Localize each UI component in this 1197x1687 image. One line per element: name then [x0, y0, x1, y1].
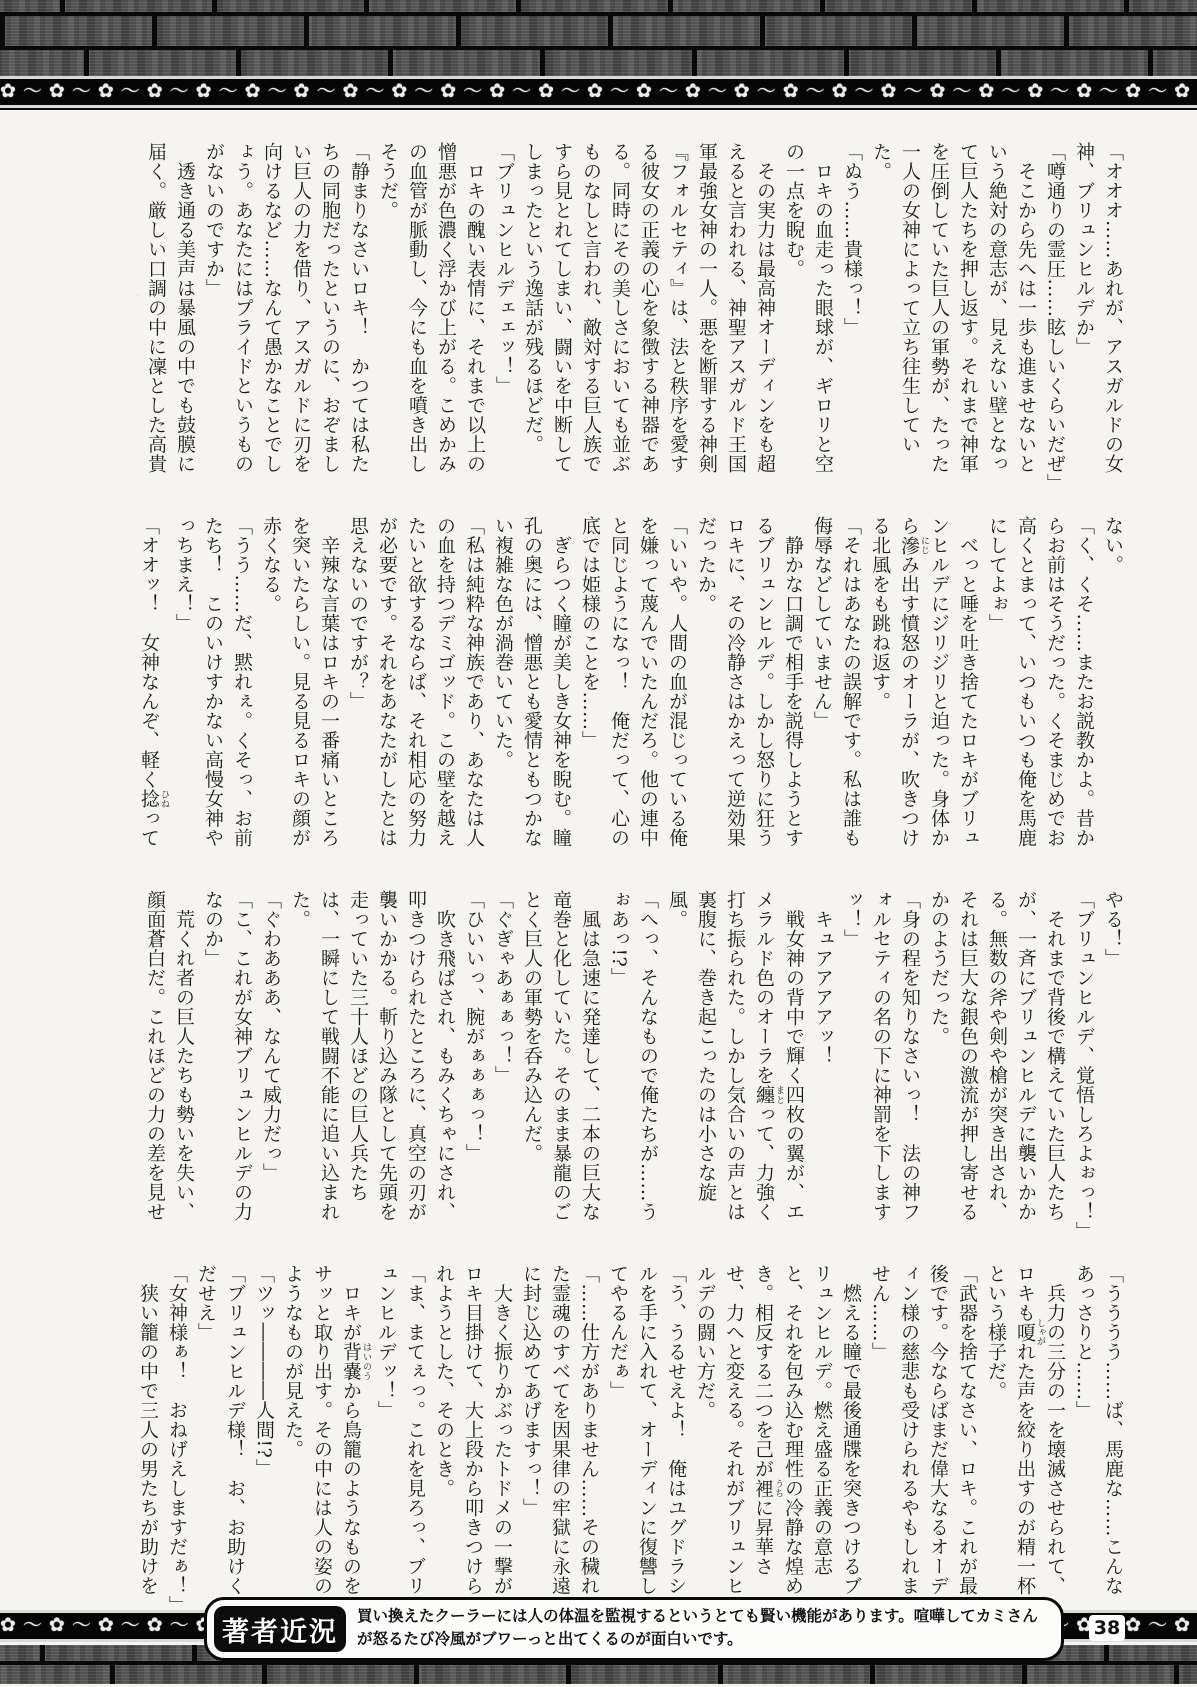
paragraph: 透き通る美声は暴風の中でも鼓膜に届く。厳しい口調の中に凜とした高貴さが、聞く者の… — [137, 142, 199, 490]
paragraph: 「静まりなさいロキ！ かつては私たちの同胞だったというのに、おぞましい巨人の力を… — [199, 142, 373, 490]
paragraph: 吹き飛ばされ、もみくちゃにされ、叩きつけられたところに、真空の刃が襲いかかる。斬… — [285, 890, 459, 1238]
ruby-annotation: 嗄しゃが — [1014, 1323, 1036, 1343]
paragraph: キュアアアアッ！ — [808, 890, 837, 1238]
ruby-annotation: 纏まと — [753, 1085, 775, 1105]
paragraph: ない。 — [1098, 516, 1127, 864]
paragraph: ロキの血走った眼球が、ギロリと空の一点を睨む。 — [779, 142, 837, 490]
paragraph: 「こ、これが女神ブリュンヒルデの力なのか」 — [198, 890, 256, 1238]
paragraph: 「うう……だ、黙れぇ。くそっ、お前たち！ このいけすかない高慢女神やっちまえ！」 — [169, 516, 256, 864]
text-band-4: 「うううう……ば、馬鹿な……こんなあっさりと……」 兵力の三分の一を壊滅させられ… — [137, 1264, 1127, 1612]
top-ornament-border: ✿〜✿〜✿〜✿〜✿〜✿〜✿〜✿〜✿〜✿〜✿〜✿〜✿〜✿〜✿〜✿〜✿〜✿〜✿〜✿〜… — [0, 76, 1197, 108]
paragraph: 「噂通りの霊圧……眩しいくらいだぜ」 — [1040, 142, 1069, 490]
paragraph: 「ブリュンヒルデ様！ お、お助けくだせえ」 — [191, 1264, 249, 1612]
paragraph: 「オオオ……あれが、アスガルドの女神、ブリュンヒルデか」 — [1069, 142, 1127, 490]
novel-page: ✿〜✿〜✿〜✿〜✿〜✿〜✿〜✿〜✿〜✿〜✿〜✿〜✿〜✿〜✿〜✿〜✿〜✿〜✿〜✿〜… — [0, 0, 1197, 1687]
paragraph: 「う、うるせえよ！ 俺はユグドラシルを手に入れて、オーディンに復讐してやるんだぁ… — [603, 1264, 690, 1612]
paragraph: 「ツッ――――人間!?」 — [249, 1264, 278, 1612]
text-band-2: ない。「く、くそ……またお説教かよ。昔からお前はそうだった。くそまじめでお高くと… — [137, 516, 1127, 864]
paragraph: 「それはあなたの誤解です。私は誰も侮辱などしていません」 — [807, 516, 865, 864]
author-status-note: 買い換えたクーラーには人の体温を監視するというとても賢い機能があります。喧嘩して… — [357, 1605, 1047, 1654]
paragraph: 「うううう……ば、馬鹿な……こんなあっさりと……」 — [1069, 1264, 1127, 1612]
brick-row — [0, 1665, 1197, 1684]
paragraph: 狭い籠の中で三人の男たちが助けを — [137, 1264, 162, 1612]
ruby-annotation: 捻ひね — [138, 789, 160, 809]
top-brick-border — [0, 0, 1197, 76]
paragraph: べっと唾を吐き捨てたロキがブリュンヒルデにジリジリと迫った。身体から滲にじみ出す… — [865, 516, 982, 864]
paragraph: 風は急速に発達して、二本の巨大な竜巻と化していた。そのまま暴龍のごとく巨人の軍勢… — [517, 890, 604, 1238]
paragraph: 辛辣な言葉はロキの一番痛いところを突いたらしい。見る見るロキの顔が赤くなる。 — [256, 516, 343, 864]
ruby-annotation: 背嚢はいのう — [340, 1342, 362, 1381]
paragraph: そこから先へは一歩も進ませないという絶対の意志が、見えない壁となって巨人たちを押… — [866, 142, 1040, 490]
paragraph: 静かな口調で相手を説得しようとするブリュンヒルデ。しかし怒りに狂うロキに、その冷… — [691, 516, 807, 864]
paragraph: 「いいや。人間の血が混じっている俺を嫌って蔑んでいたんだろ。他の連中と同じように… — [575, 516, 691, 864]
paragraph: やる！」 — [1098, 890, 1127, 1238]
text-band-1: 「オオオ……あれが、アスガルドの女神、ブリュンヒルデか」「噂通りの霊圧……眩しい… — [137, 142, 1127, 490]
ruby-annotation: 裡うち — [752, 1479, 774, 1499]
paragraph: 「ブリュンヒルデ、覚悟しろよぉっ！」 — [1069, 890, 1098, 1238]
paragraph: 「……仕方がありません……その穢れた霊魂のすべてを因果律の牢獄に永遠に封じ込めて… — [516, 1264, 603, 1612]
paragraph: 「ブリュンヒルデェェッ！」 — [489, 142, 518, 490]
paragraph: 「オオッ！ 女神なんぞ、軽く捻ひねって — [137, 516, 169, 864]
paragraph: 荒くれ者の巨人たちも勢いを失い、顔面蒼白だ。これほどの力の差を見せつけられてはム… — [137, 890, 198, 1238]
author-note-banner: 著者近況 買い換えたクーラーには人の体温を監視するというとても賢い機能があります… — [204, 1597, 1064, 1661]
paragraph: 「ぐぎゃあぁぁっ！」 — [488, 890, 517, 1238]
ruby-annotation: 滲にじ — [898, 536, 920, 556]
divider — [0, 108, 1197, 110]
paragraph: 「ぬう……貴様っ！」 — [837, 142, 866, 490]
paragraph: 燃える瞳で最後通牒を突きつけるブリュンヒルデ。燃え盛る正義の意志と、それを包み込… — [690, 1264, 865, 1612]
paragraph: ロキが背嚢はいのうから鳥籠のようなものをサッと取り出す。その中には人の姿のような… — [278, 1264, 371, 1612]
paragraph: 「身の程を知りなさいっ！ 法の神フォルセティの名の下に神罰を下しますッ！」 — [837, 890, 924, 1238]
paragraph: ロキの醜い表情に、それまで以上の憎悪が色濃く浮かび上がる。こめかみの血管が脈動し… — [373, 142, 489, 490]
paragraph: 「武器を捨てなさい、ロキ。これが最後です。今ならばまだ偉大なるオーディン様の慈悲… — [865, 1264, 981, 1612]
paragraph: 大きく振りかぶったトドメの一撃がロキ目掛けて、大上段から叩きつけられようとした、… — [429, 1264, 516, 1612]
paragraph: 「女神様ぁ！ おねげえしますだぁ！」 — [162, 1264, 191, 1612]
paragraph: その実力は最高神オーディンをも超えると言われる、神聖アスガルド王国軍最強女神の一… — [518, 142, 779, 490]
paragraph: 「私は純粋な神族であり、あなたは人の血を持つデミゴッド。この壁を越えたいと欲する… — [343, 516, 488, 864]
text-band-3: やる！」「ブリュンヒルデ、覚悟しろよぉっ！」 それまで背後で構えていた巨人たちが… — [137, 890, 1127, 1238]
floral-pattern-icon: ✿〜✿〜✿〜✿〜✿〜✿〜✿〜✿〜✿〜✿〜✿〜✿〜✿〜✿〜✿〜✿〜✿〜✿〜✿〜✿〜… — [0, 80, 1197, 102]
author-status-label: 著者近況 — [214, 1606, 346, 1652]
paragraph: 「く、くそ……またお説教かよ。昔からお前はそうだった。くそまじめでお高くとまって… — [982, 516, 1098, 864]
brick-row — [0, 16, 1197, 50]
page-number: 38 — [1089, 1615, 1125, 1641]
paragraph: ぎらつく瞳が美しき女神を睨む。瞳孔の奥には、憎悪とも愛情ともつかない複雑な色が渦… — [488, 516, 575, 864]
paragraph: 「ま、まてぇっ。これを見ろっ、ブリュンヒルデッ！」 — [371, 1264, 429, 1612]
paragraph: 「へっ、そんなもので俺たちが……うぉあっ!?」 — [604, 890, 662, 1238]
paragraph: 「ぐわあああ、なんて威力だっ」 — [256, 890, 285, 1238]
brick-row — [0, 50, 1197, 76]
paragraph: それまで背後で構えていた巨人たちが、一斉にブリュンヒルデに襲いかかる。無数の斧や… — [924, 890, 1069, 1238]
paragraph: 戦女神の背中で輝く四枚の翼が、エメラルド色のオーラを纏まとって、力強く打ち振られ… — [662, 890, 808, 1238]
paragraph: 兵力の三分の一を壊滅させられて、ロキも嗄しゃがれた声を絞り出すのが精一杯という様… — [981, 1264, 1069, 1612]
brick-row — [0, 0, 1197, 16]
paragraph: 「ひいいっ、腕がぁぁぁっ！」 — [459, 890, 488, 1238]
